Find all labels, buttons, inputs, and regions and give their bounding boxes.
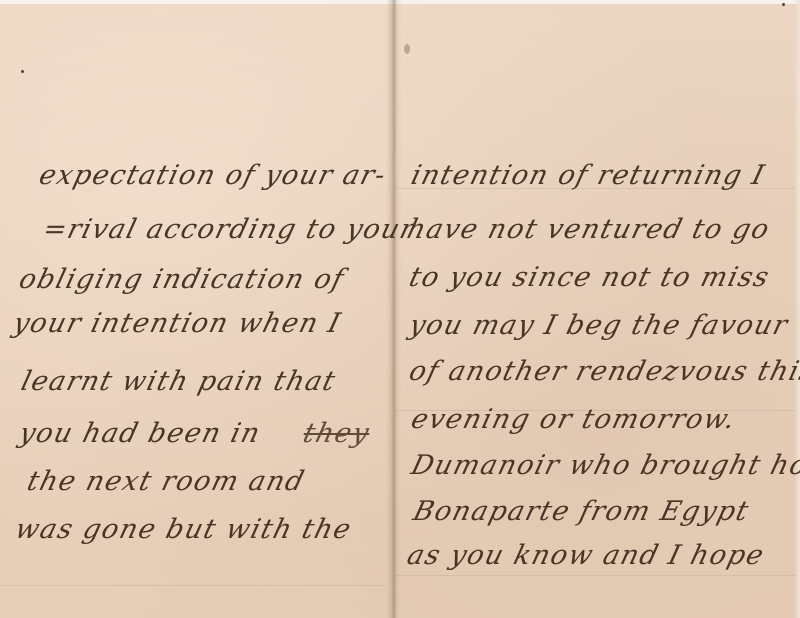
struck-through-word: they (300, 418, 373, 449)
handwritten-line: you had been in (16, 418, 264, 449)
handwritten-line: obliging indication of (16, 264, 348, 295)
handwritten-line: your intention when I (10, 308, 345, 339)
handwritten-line: the next room and (24, 466, 308, 497)
handwritten-line: have not ventured to go (404, 214, 773, 245)
letter-photo: expectation of your ar- =rival according… (0, 0, 800, 618)
handwritten-line: evening or tomorrow. (408, 404, 739, 435)
handwritten-line: =rival according to your (40, 214, 419, 245)
right-page: intention of returning I have not ventur… (396, 0, 800, 618)
handwritten-line: was gone but with the (12, 514, 355, 545)
left-page: expectation of your ar- =rival according… (0, 0, 390, 618)
handwritten-line: Dumanoir who brought home (408, 450, 800, 481)
handwritten-line: you may I beg the favour (406, 310, 792, 341)
handwritten-line: as you know and I hope (404, 540, 768, 571)
handwritten-line: of another rendezvous this (406, 356, 800, 387)
handwritten-line: to you since not to miss (406, 262, 773, 293)
handwritten-line: learnt with pain that (18, 366, 339, 397)
handwritten-line: intention of returning I (408, 160, 768, 191)
handwritten-line: expectation of your ar- (36, 160, 390, 191)
handwritten-line: Bonaparte from Egypt (410, 496, 753, 527)
